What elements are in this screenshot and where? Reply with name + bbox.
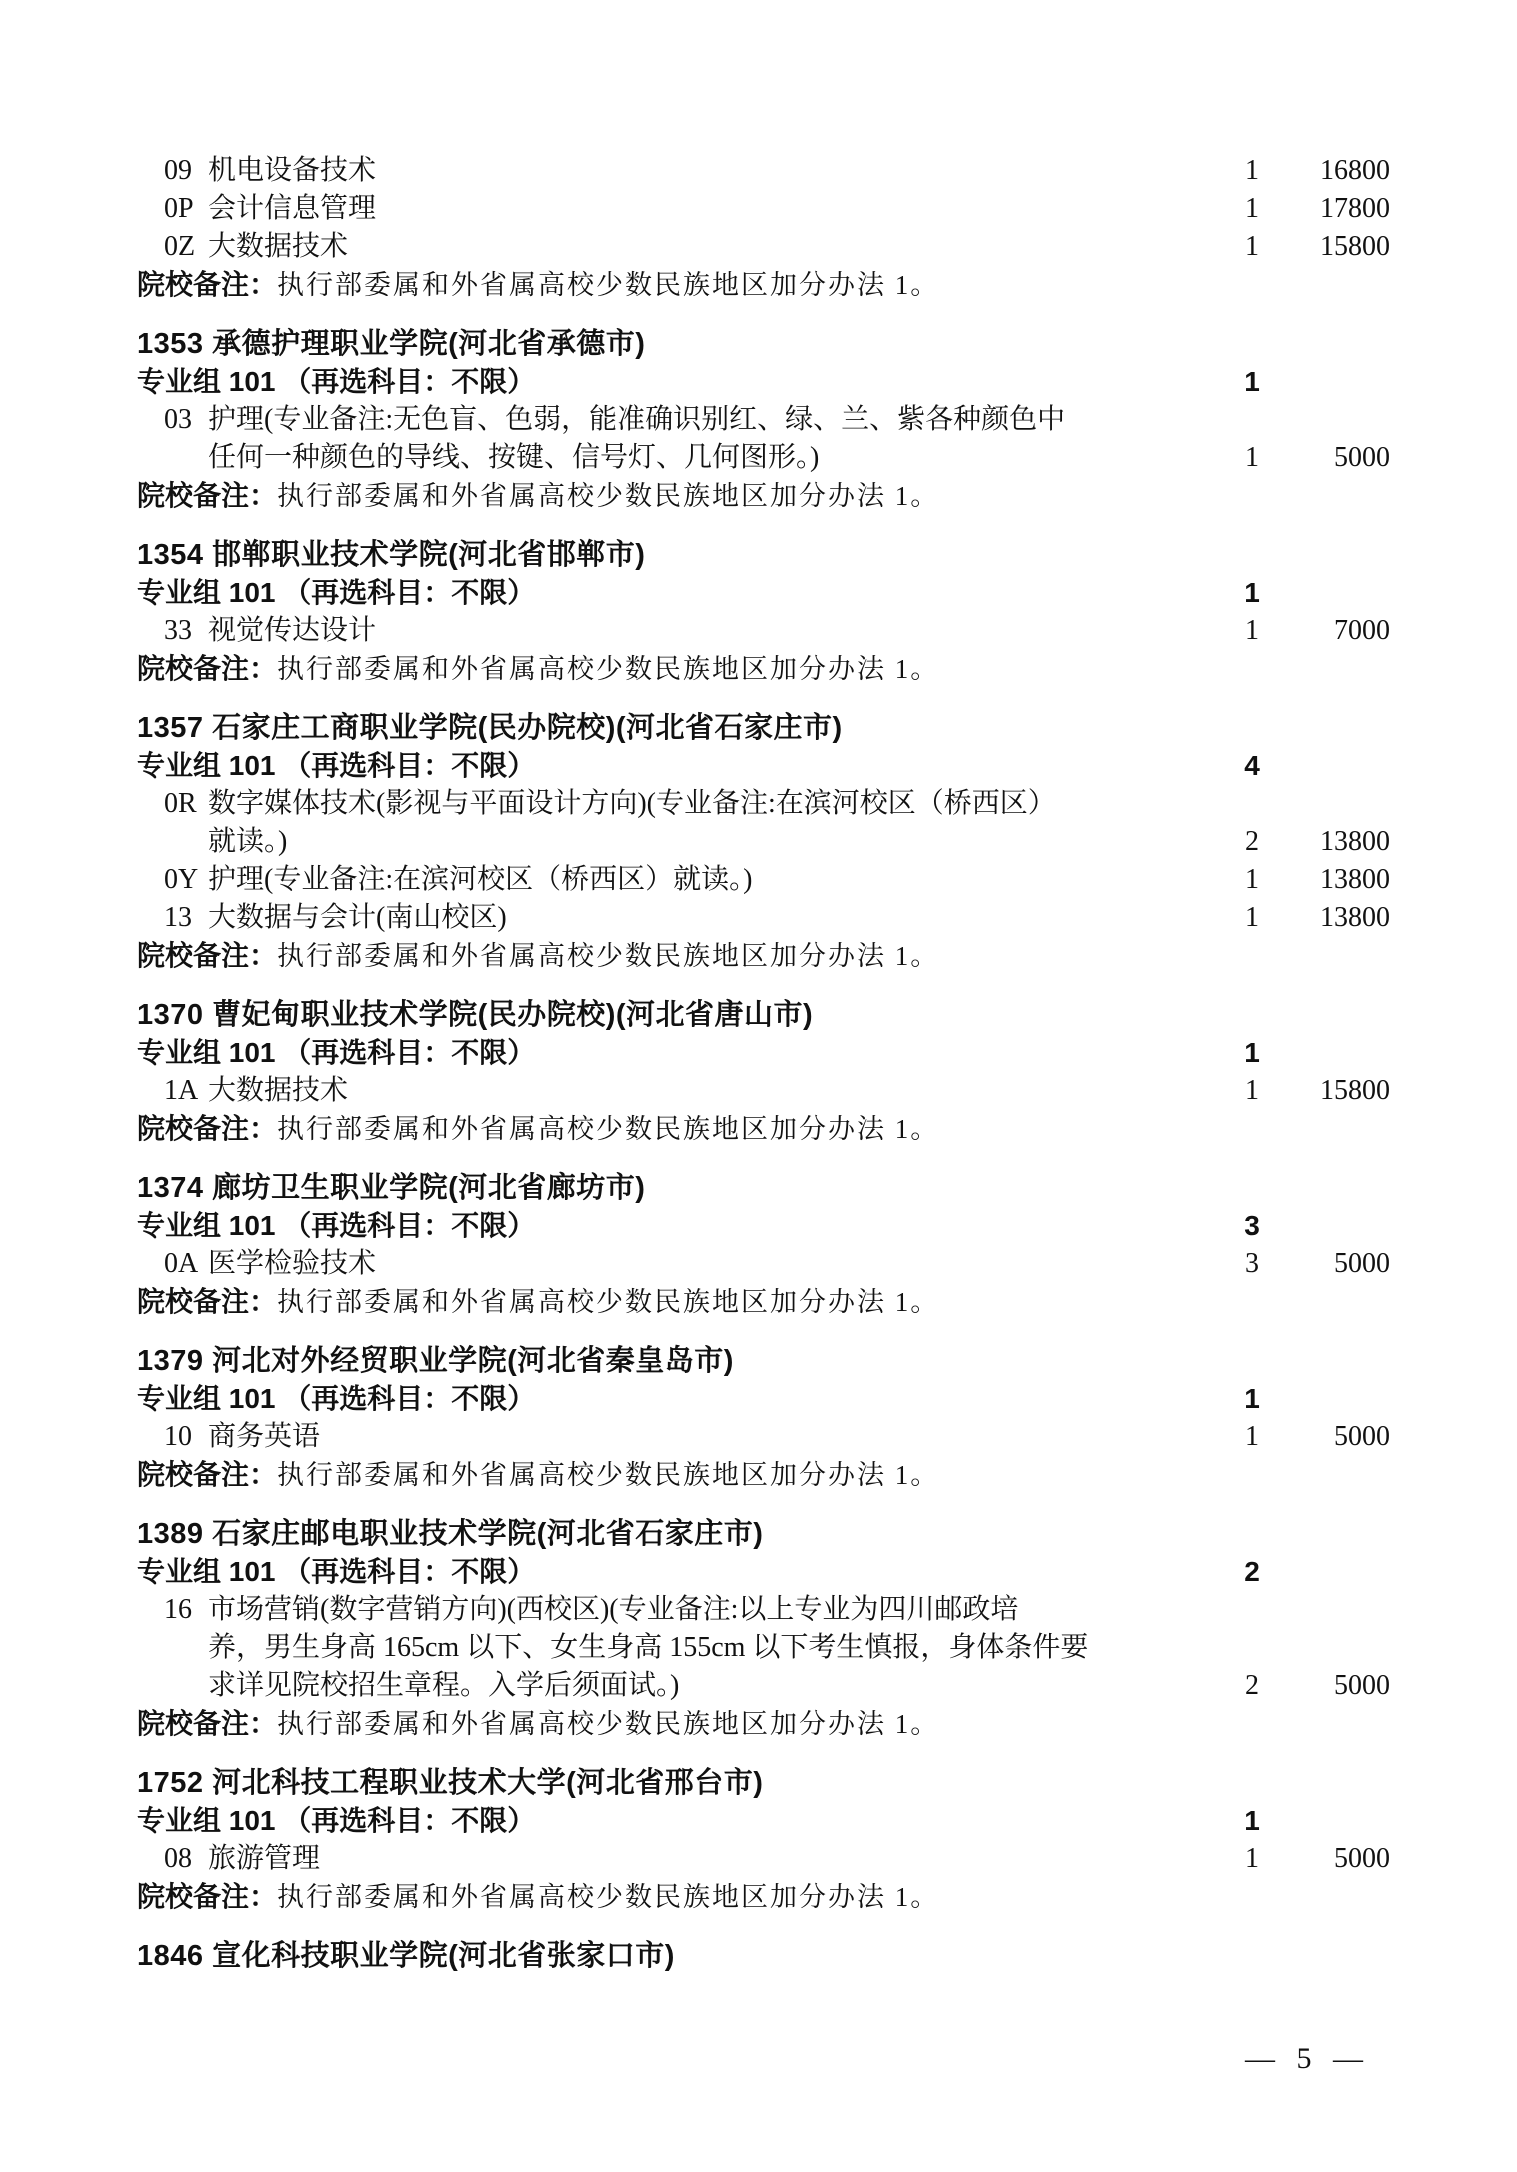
- major-group-label: 专业组 101 （再选科目：不限）: [137, 747, 1232, 785]
- college-note-row: 院校备注：执行部委属和外省属高校少数民族地区加分办法 1。: [137, 266, 1390, 309]
- course-code: 0A: [164, 1245, 208, 1283]
- college-header: 1357 石家庄工商职业学院(民办院校)(河北省石家庄市): [137, 709, 1390, 747]
- major-group-row: 专业组 101 （再选科目：不限） 1: [137, 1034, 1390, 1072]
- course-plan-count: 1: [1232, 899, 1272, 937]
- course-row: 0Y护理(专业备注:在滨河校区（桥西区）就读。) 1 13800: [137, 861, 1390, 899]
- course-text: 16市场营销(数字营销方向)(西校区)(专业备注:以上专业为四川邮政培 养，男生…: [137, 1591, 1232, 1705]
- course-code: 0Y: [164, 861, 208, 899]
- major-group-label: 专业组 101 （再选科目：不限）: [137, 1553, 1232, 1591]
- course-plan-count: 3: [1232, 1245, 1272, 1283]
- group-plan-count: 1: [1232, 363, 1272, 401]
- course-fee: 5000: [1272, 1418, 1390, 1456]
- note-label: 院校备注：: [137, 653, 277, 684]
- college-section: 1354 邯郸职业技术学院(河北省邯郸市) 专业组 101 （再选科目：不限） …: [137, 536, 1390, 693]
- course-name: 护理(专业备注:在滨河校区（桥西区）就读。): [208, 864, 752, 895]
- course-text: 0Z大数据技术: [137, 228, 1232, 266]
- course-row: 03护理(专业备注:无色盲、色弱，能准确识别红、绿、兰、紫各种颜色中 任何一种颜…: [137, 401, 1390, 477]
- note-text: 执行部委属和外省属高校少数民族地区加分办法 1。: [277, 1709, 939, 1739]
- course-code: 10: [164, 1418, 208, 1456]
- course-code: 09: [164, 152, 208, 190]
- course-text: 0Y护理(专业备注:在滨河校区（桥西区）就读。): [137, 861, 1232, 899]
- college-note-row: 院校备注：执行部委属和外省属高校少数民族地区加分办法 1。: [137, 1705, 1390, 1748]
- course-fee: 5000: [1272, 1840, 1390, 1878]
- major-group-row: 专业组 101 （再选科目：不限） 4: [137, 747, 1390, 785]
- course-plan-count: 1: [1232, 228, 1272, 266]
- college-section: 1357 石家庄工商职业学院(民办院校)(河北省石家庄市) 专业组 101 （再…: [137, 709, 1390, 980]
- college-header: 1370 曹妃甸职业技术学院(民办院校)(河北省唐山市): [137, 996, 1390, 1034]
- note-label: 院校备注：: [137, 1459, 277, 1490]
- college-note-row: 院校备注：执行部委属和外省属高校少数民族地区加分办法 1。: [137, 650, 1390, 693]
- course-fee: 15800: [1272, 228, 1390, 266]
- major-group-label: 专业组 101 （再选科目：不限）: [137, 1034, 1232, 1072]
- course-code: 0R: [164, 785, 208, 823]
- college-header: 1354 邯郸职业技术学院(河北省邯郸市): [137, 536, 1390, 574]
- major-group-label: 专业组 101 （再选科目：不限）: [137, 1207, 1232, 1245]
- college-header: 1379 河北对外经贸职业学院(河北省秦皇岛市): [137, 1342, 1390, 1380]
- course-name-continued: 任何一种颜色的导线、按键、信号灯、几何图形。): [137, 439, 1232, 477]
- course-row: 0Z大数据技术 1 15800: [137, 228, 1390, 266]
- college-header: 1353 承德护理职业学院(河北省承德市): [137, 325, 1390, 363]
- course-code: 33: [164, 612, 208, 650]
- course-text: 13大数据与会计(南山校区): [137, 899, 1232, 937]
- course-fee: 15800: [1272, 1072, 1390, 1110]
- major-group-row: 专业组 101 （再选科目：不限） 1: [137, 1380, 1390, 1418]
- course-code: 13: [164, 899, 208, 937]
- course-plan-count: 2: [1232, 823, 1272, 861]
- note-text: 执行部委属和外省属高校少数民族地区加分办法 1。: [277, 941, 939, 971]
- course-code: 03: [164, 401, 208, 439]
- course-fee: 5000: [1272, 1667, 1390, 1705]
- college-section: 1353 承德护理职业学院(河北省承德市) 专业组 101 （再选科目：不限） …: [137, 325, 1390, 520]
- course-plan-count: 1: [1232, 861, 1272, 899]
- college-note-row: 院校备注：执行部委属和外省属高校少数民族地区加分办法 1。: [137, 937, 1390, 980]
- course-name: 商务英语: [208, 1421, 320, 1452]
- major-group-label: 专业组 101 （再选科目：不限）: [137, 363, 1232, 401]
- college-section: 1389 石家庄邮电职业技术学院(河北省石家庄市) 专业组 101 （再选科目：…: [137, 1515, 1390, 1748]
- course-row: 0A医学检验技术 3 5000: [137, 1245, 1390, 1283]
- course-text: 0P会计信息管理: [137, 190, 1232, 228]
- course-row: 13大数据与会计(南山校区) 1 13800: [137, 899, 1390, 937]
- course-text: 1A大数据技术: [137, 1072, 1232, 1110]
- group-plan-count: 4: [1232, 747, 1272, 785]
- major-group-row: 专业组 101 （再选科目：不限） 1: [137, 1802, 1390, 1840]
- course-name: 护理(专业备注:无色盲、色弱，能准确识别红、绿、兰、紫各种颜色中: [208, 404, 1065, 435]
- course-name: 大数据技术: [208, 231, 348, 262]
- college-note-row: 院校备注：执行部委属和外省属高校少数民族地区加分办法 1。: [137, 1878, 1390, 1921]
- course-plan-count: 1: [1232, 152, 1272, 190]
- course-fee: 13800: [1272, 823, 1390, 861]
- group-plan-count: 3: [1232, 1207, 1272, 1245]
- group-plan-count: 1: [1232, 1380, 1272, 1418]
- college-section: 1370 曹妃甸职业技术学院(民办院校)(河北省唐山市) 专业组 101 （再选…: [137, 996, 1390, 1153]
- course-plan-count: 2: [1232, 1667, 1272, 1705]
- note-label: 院校备注：: [137, 1881, 277, 1912]
- page-number: — 5 —: [1204, 2042, 1404, 2076]
- course-text: 03护理(专业备注:无色盲、色弱，能准确识别红、绿、兰、紫各种颜色中 任何一种颜…: [137, 401, 1232, 477]
- college-header: 1374 廊坊卫生职业学院(河北省廊坊市): [137, 1169, 1390, 1207]
- course-fee: 16800: [1272, 152, 1390, 190]
- course-row: 1A大数据技术 1 15800: [137, 1072, 1390, 1110]
- course-text: 10商务英语: [137, 1418, 1232, 1456]
- document-page: 09机电设备技术 1 16800 0P会计信息管理 1 17800 0Z大数据技…: [0, 0, 1517, 2172]
- major-group-label: 专业组 101 （再选科目：不限）: [137, 1380, 1232, 1418]
- course-fee: 5000: [1272, 1245, 1390, 1283]
- college-section: 1752 河北科技工程职业技术大学(河北省邢台市) 专业组 101 （再选科目：…: [137, 1764, 1390, 1921]
- note-text: 执行部委属和外省属高校少数民族地区加分办法 1。: [277, 481, 939, 511]
- college-note-row: 院校备注：执行部委属和外省属高校少数民族地区加分办法 1。: [137, 1110, 1390, 1153]
- note-label: 院校备注：: [137, 940, 277, 971]
- course-row: 10商务英语 1 5000: [137, 1418, 1390, 1456]
- course-name: 数字媒体技术(影视与平面设计方向)(专业备注:在滨河校区（桥西区）: [208, 788, 1056, 819]
- course-name: 大数据技术: [208, 1075, 348, 1106]
- course-name: 旅游管理: [208, 1843, 320, 1874]
- college-header: 1389 石家庄邮电职业技术学院(河北省石家庄市): [137, 1515, 1390, 1553]
- note-text: 执行部委属和外省属高校少数民族地区加分办法 1。: [277, 654, 939, 684]
- course-fee: 13800: [1272, 899, 1390, 937]
- course-plan-count: 1: [1232, 190, 1272, 228]
- course-text: 33视觉传达设计: [137, 612, 1232, 650]
- course-name: 医学检验技术: [208, 1248, 376, 1279]
- course-name-continued: 养，男生身高 165cm 以下、女生身高 155cm 以下考生慎报，身体条件要: [137, 1629, 1232, 1667]
- course-code: 16: [164, 1591, 208, 1629]
- course-code: 1A: [164, 1072, 208, 1110]
- note-text: 执行部委属和外省属高校少数民族地区加分办法 1。: [277, 1460, 939, 1490]
- note-text: 执行部委属和外省属高校少数民族地区加分办法 1。: [277, 1882, 939, 1912]
- course-fee: 7000: [1272, 612, 1390, 650]
- course-fee: 17800: [1272, 190, 1390, 228]
- course-name: 会计信息管理: [208, 193, 376, 224]
- college-note-row: 院校备注：执行部委属和外省属高校少数民族地区加分办法 1。: [137, 1456, 1390, 1499]
- course-text: 0A医学检验技术: [137, 1245, 1232, 1283]
- note-text: 执行部委属和外省属高校少数民族地区加分办法 1。: [277, 1114, 939, 1144]
- group-plan-count: 2: [1232, 1553, 1272, 1591]
- group-plan-count: 1: [1232, 1034, 1272, 1072]
- course-plan-count: 1: [1232, 1072, 1272, 1110]
- course-row: 0P会计信息管理 1 17800: [137, 190, 1390, 228]
- major-group-row: 专业组 101 （再选科目：不限） 1: [137, 574, 1390, 612]
- course-fee: 13800: [1272, 861, 1390, 899]
- major-group-row: 专业组 101 （再选科目：不限） 2: [137, 1553, 1390, 1591]
- major-group-label: 专业组 101 （再选科目：不限）: [137, 1802, 1232, 1840]
- college-section: 1846 宣化科技职业学院(河北省张家口市): [137, 1937, 1390, 1975]
- course-text: 09机电设备技术: [137, 152, 1232, 190]
- major-group-row: 专业组 101 （再选科目：不限） 3: [137, 1207, 1390, 1245]
- note-label: 院校备注：: [137, 269, 277, 300]
- course-row: 16市场营销(数字营销方向)(西校区)(专业备注:以上专业为四川邮政培 养，男生…: [137, 1591, 1390, 1705]
- course-code: 0P: [164, 190, 208, 228]
- note-label: 院校备注：: [137, 1286, 277, 1317]
- course-row: 0R数字媒体技术(影视与平面设计方向)(专业备注:在滨河校区（桥西区） 就读。)…: [137, 785, 1390, 861]
- note-text: 执行部委属和外省属高校少数民族地区加分办法 1。: [277, 1287, 939, 1317]
- course-name: 大数据与会计(南山校区): [208, 902, 507, 933]
- course-fee: 5000: [1272, 439, 1390, 477]
- course-plan-count: 1: [1232, 1840, 1272, 1878]
- course-plan-count: 1: [1232, 439, 1272, 477]
- group-plan-count: 1: [1232, 574, 1272, 612]
- college-section: 1379 河北对外经贸职业学院(河北省秦皇岛市) 专业组 101 （再选科目：不…: [137, 1342, 1390, 1499]
- page-content: 09机电设备技术 1 16800 0P会计信息管理 1 17800 0Z大数据技…: [137, 152, 1390, 1975]
- course-code: 0Z: [164, 228, 208, 266]
- course-row: 09机电设备技术 1 16800: [137, 152, 1390, 190]
- note-text: 执行部委属和外省属高校少数民族地区加分办法 1。: [277, 270, 939, 300]
- course-row: 33视觉传达设计 1 7000: [137, 612, 1390, 650]
- course-code: 08: [164, 1840, 208, 1878]
- note-label: 院校备注：: [137, 1708, 277, 1739]
- college-header: 1846 宣化科技职业学院(河北省张家口市): [137, 1937, 1390, 1975]
- course-name: 机电设备技术: [208, 155, 376, 186]
- note-label: 院校备注：: [137, 480, 277, 511]
- major-group-label: 专业组 101 （再选科目：不限）: [137, 574, 1232, 612]
- course-text: 08旅游管理: [137, 1840, 1232, 1878]
- note-label: 院校备注：: [137, 1113, 277, 1144]
- course-name: 视觉传达设计: [208, 615, 376, 646]
- group-plan-count: 1: [1232, 1802, 1272, 1840]
- course-name: 市场营销(数字营销方向)(西校区)(专业备注:以上专业为四川邮政培: [208, 1594, 1018, 1625]
- college-header: 1752 河北科技工程职业技术大学(河北省邢台市): [137, 1764, 1390, 1802]
- college-section: 1374 廊坊卫生职业学院(河北省廊坊市) 专业组 101 （再选科目：不限） …: [137, 1169, 1390, 1326]
- course-plan-count: 1: [1232, 1418, 1272, 1456]
- course-row: 08旅游管理 1 5000: [137, 1840, 1390, 1878]
- college-note-row: 院校备注：执行部委属和外省属高校少数民族地区加分办法 1。: [137, 1283, 1390, 1326]
- major-group-row: 专业组 101 （再选科目：不限） 1: [137, 363, 1390, 401]
- course-name-continued: 求详见院校招生章程。入学后须面试。): [137, 1667, 1232, 1705]
- course-name-continued: 就读。): [137, 823, 1232, 861]
- course-plan-count: 1: [1232, 612, 1272, 650]
- course-text: 0R数字媒体技术(影视与平面设计方向)(专业备注:在滨河校区（桥西区） 就读。): [137, 785, 1232, 861]
- college-note-row: 院校备注：执行部委属和外省属高校少数民族地区加分办法 1。: [137, 477, 1390, 520]
